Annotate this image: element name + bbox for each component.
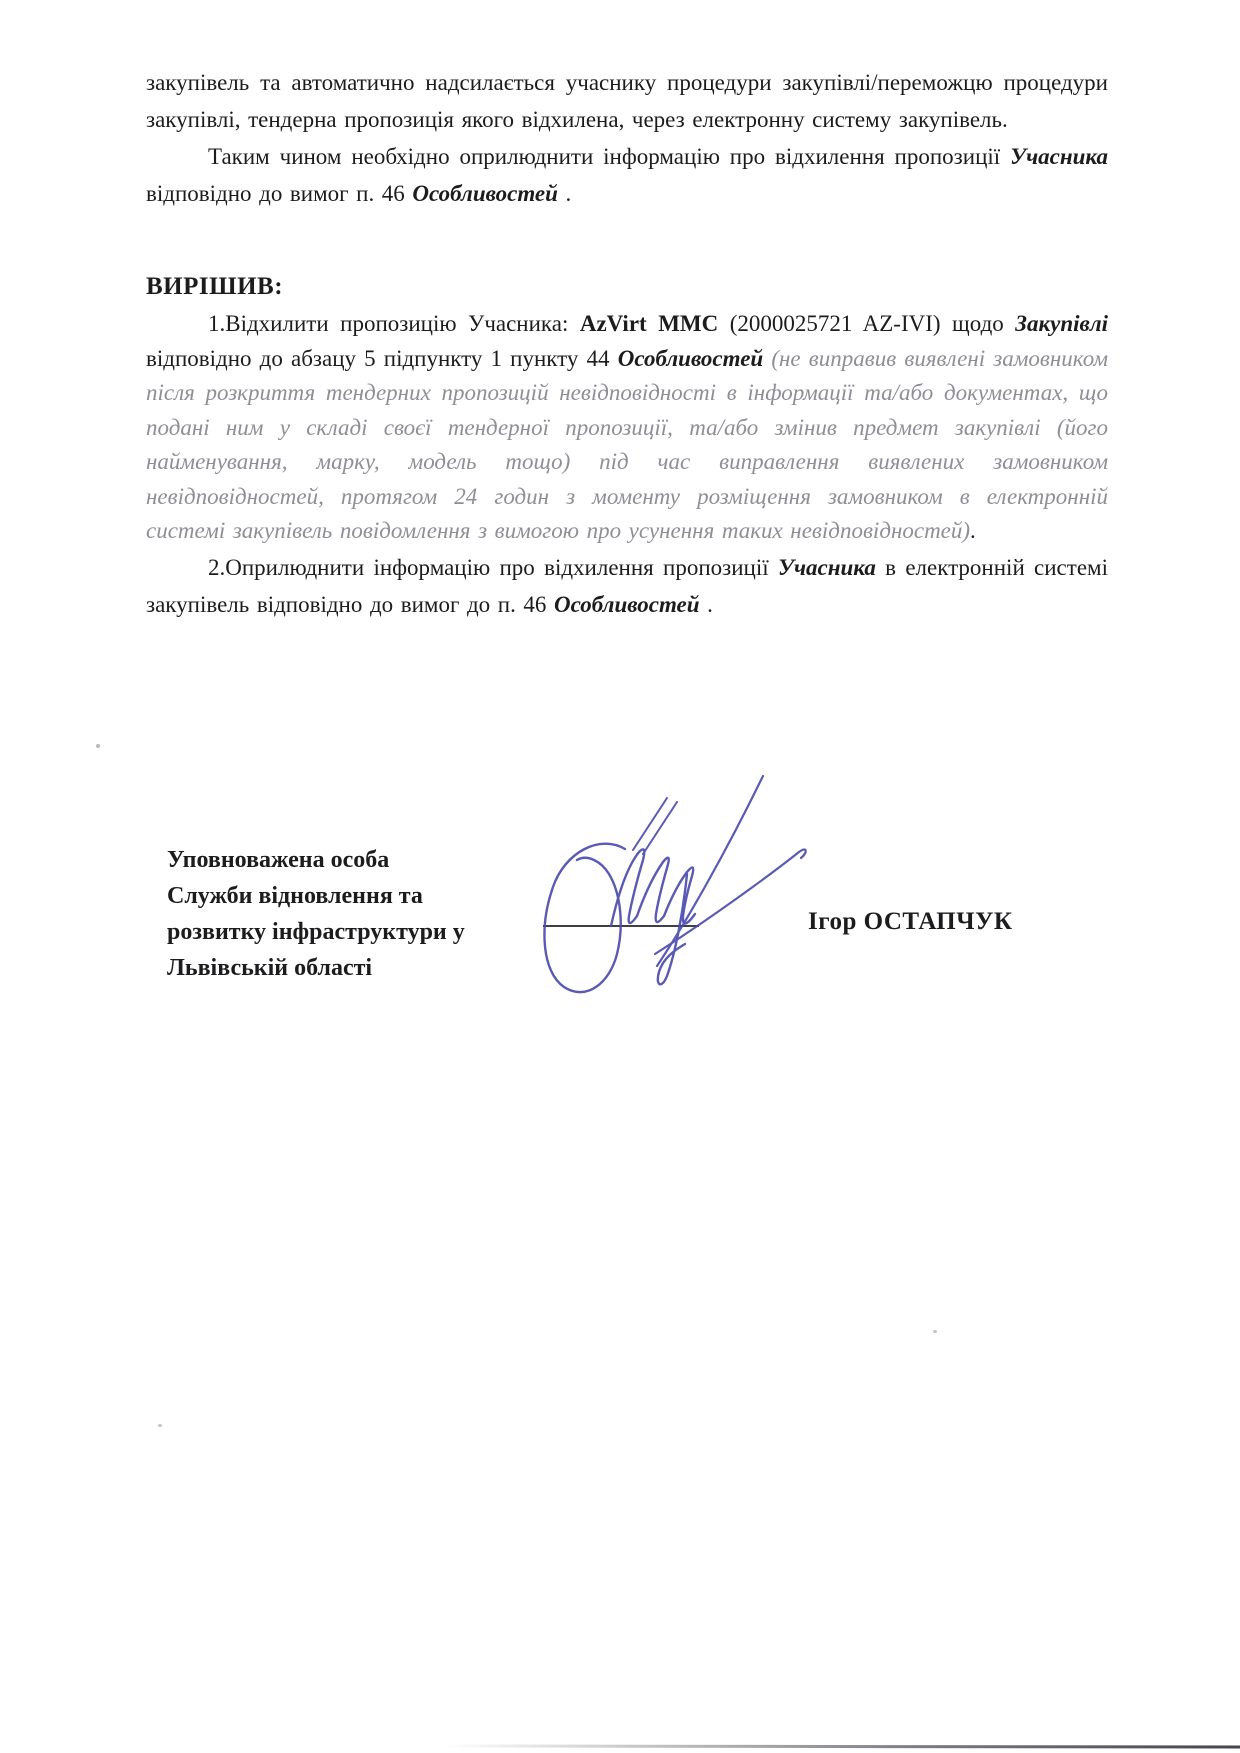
item1-period: . [970,518,976,543]
item2-tail: . [700,592,713,617]
scan-speck [933,1330,937,1333]
decision-item-1: 1.Відхилити пропозицію Учасника: AzVirt … [146,307,1108,549]
resolved-heading: ВИРІШИВ: [146,267,1108,307]
osoblyvosti-term: Особливостей [618,346,764,371]
signer-name: Ігор ОСТАПЧУК [808,908,1013,936]
item1-legal-quote: (не виправив виявлені замовником після р… [146,346,1108,544]
paragraph-thus-tail: . [558,181,571,206]
scan-edge-artifact [445,1744,1240,1748]
item2-lead: 2.Оприлюднити інформацію про відхилення … [208,555,778,580]
osoblyvosti-term: Особливостей [412,181,558,206]
scan-speck [96,744,100,748]
paragraph-thus: Таким чином необхідно оприлюднити інформ… [146,138,1108,212]
scan-speck [158,1424,162,1427]
scanned-document-page: закупівель та автоматично надсилається у… [0,0,1240,1753]
osoblyvosti-term: Особливостей [554,592,700,617]
document-body: закупівель та автоматично надсилається у… [146,64,1108,623]
paragraph-continuation-text: закупівель та автоматично надсилається у… [146,70,1108,132]
paragraph-continuation: закупівель та автоматично надсилається у… [146,64,1108,138]
item1-company-id: (2000025721 AZ-IVI) щодо [718,311,1015,336]
procurement-term: Закупівлі [1015,311,1108,336]
paragraph-thus-lead: Таким чином необхідно оприлюднити інформ… [208,144,1010,169]
paragraph-thus-mid: відповідно до вимог п. 46 [146,181,412,206]
decision-item-2: 2.Оприлюднити інформацію про відхилення … [146,549,1108,623]
handwritten-signature [515,752,815,996]
participant-term: Учасника [778,555,876,580]
item1-lead: 1.Відхилити пропозицію Учасника: [208,311,580,336]
participant-term: Учасника [1010,144,1108,169]
item1-mid: відповідно до абзацу 5 підпункту 1 пункт… [146,346,618,371]
company-name: AzVirt MMC [580,311,718,336]
